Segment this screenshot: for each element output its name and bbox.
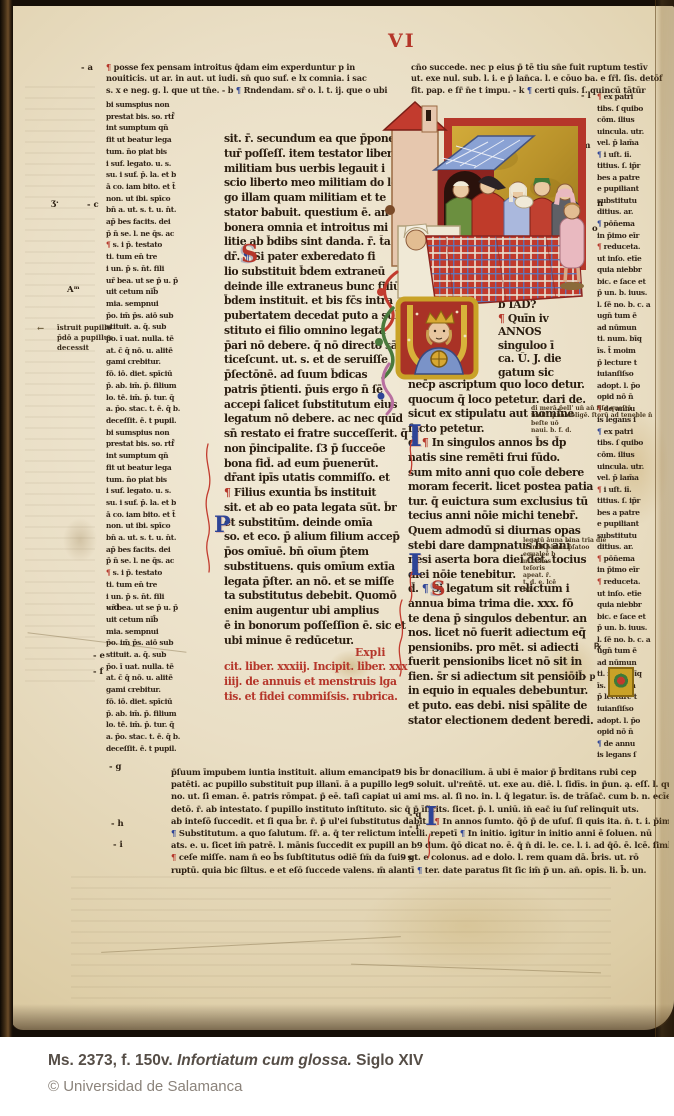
column-2-short-lines: b̄ ĪAD?¶ Quīn ivANNOSsinguloo īca. Ū. J.…: [498, 298, 598, 379]
text-line: sit. et ab eo pata legata sūt. b̄r: [224, 501, 408, 516]
text-line: tis. et fidei commiſsis. rubrica.: [224, 690, 408, 705]
pilcrow-mark: ¶: [106, 62, 111, 72]
pilcrow-mark: ¶: [498, 312, 504, 325]
text-line: legata p̄ſter. an nō. et se miſſe: [224, 575, 408, 590]
text-line: nos. licet nō fuerit adiectum eq̄: [408, 626, 600, 641]
top-gloss-text: ¶ posse fex pensam introitus q̄dam eim e…: [106, 62, 438, 96]
reference-mark: ʒ·: [51, 198, 59, 208]
text-line: prestat bis. so. rtf̄: [106, 438, 204, 450]
text-line: a. p̄o. stac. t. ē. q̄ b.: [106, 403, 204, 415]
text-line: bn̄ a. ut. s. t. u. n̄t.: [106, 204, 204, 216]
text-line: fit ut beatur lega: [106, 134, 204, 146]
text-line: s. x e neg. g. l. que ut tn̄e. - b ¶ Rnd…: [106, 85, 438, 96]
text-line: non. ut ibi. spīco: [106, 193, 204, 205]
text-line: int sumptum qn̄: [106, 122, 204, 134]
text-line: bi sumspius non: [106, 427, 204, 439]
text-line: p̄dō a pupillus: [57, 333, 157, 343]
reference-mark: - e: [93, 651, 105, 661]
text-line: p̄os omīuē. bn̄ oīum p̄tem: [224, 545, 408, 560]
text-line: ti. tum en̄ tre: [106, 579, 204, 591]
text-line: deceſſit. ē. t pupil.: [106, 415, 204, 427]
text-line: annua bima trima die. xxx. fō: [408, 597, 600, 612]
text-line: ¶ posse fex pensam introitus q̄dam eim e…: [106, 62, 438, 73]
text-line: uit cetum nīb̄: [106, 614, 204, 626]
text-line: mia. sempnui: [106, 298, 204, 310]
text-line: su. i suf. p̄. la. et b: [106, 169, 204, 181]
text-line: et substitūm. deinde omīa: [224, 516, 408, 531]
text-line: prestat bis. so. rtf̄: [106, 111, 204, 123]
text-line: nouiticis. ut ar. in aut. ut iudi. sn̄ q…: [106, 73, 438, 84]
text-line: ap̄ bes facits. dei: [106, 216, 204, 228]
pilcrow-mark: ¶: [435, 816, 440, 826]
caption-shelfmark: Ms. 2373, f. 150v.: [48, 1052, 177, 1069]
gold-initial-flower: [608, 667, 634, 697]
text-line: ab inteſō ſuccedit. et ſi qua b̄r. r̄. p…: [171, 815, 669, 827]
text-line: cn̄o succede. nec p eius p̄ tē tiu sn̄e …: [411, 62, 669, 73]
pilcrow-mark: ¶: [106, 240, 110, 249]
pilcrow-mark: ¶: [422, 436, 428, 449]
caption-line-1: Ms. 2373, f. 150v. Infortiatum cum gloss…: [48, 1052, 423, 1070]
text-line: p̄ſuum īmpubem iuntia instituit. alium e…: [171, 766, 669, 778]
folio-number: VI: [388, 30, 416, 52]
text-line: et puto. eas debi. nisi spālite de: [408, 699, 600, 714]
text-line: ¶ Substitutum. a quo ſalutum. ſr̄. a. q̄…: [171, 827, 669, 839]
text-line: cit. liber. xxxiij. Incipit. liber. xxx: [224, 660, 408, 675]
rubric-lead-word: Expli: [355, 646, 385, 659]
pilcrow-mark: ¶: [597, 242, 601, 251]
text-line: ur̄ bea. ut se p̄ u. p̄: [106, 275, 204, 287]
showthrough-text: [71, 876, 611, 1006]
text-line: ats. e. u. ſicet im̄ patrē. l. mānis ſuc…: [171, 839, 669, 851]
text-line: tecius anni nōie michi tenebr̄.: [408, 509, 600, 524]
reference-mark: - i: [113, 840, 123, 850]
caption-century: Siglo XIV: [352, 1052, 423, 1069]
text-line: nec̄p ascriptum quo loco detur.: [408, 378, 600, 393]
text-line: b̄o: [523, 586, 643, 593]
pilcrow-mark: ¶: [171, 828, 176, 838]
text-line: p̄o. im̄ p̄s. aiō sub: [106, 637, 204, 649]
text-line: bi sumspius non: [106, 99, 204, 111]
text-line: stituit. a. q̄. sub: [106, 649, 204, 661]
text-line: tum. n̄o piat bis: [106, 474, 204, 486]
pilcrow-mark: ¶: [171, 852, 176, 862]
reference-mark: Aᵐ: [67, 285, 80, 295]
text-line: ut. exe nul. sub. l. i. e p̄ lan̄ca. l. …: [411, 73, 669, 84]
bed: [398, 224, 582, 306]
text-line: ſi indr̄ p̄ānos p̄ſatoo: [523, 544, 643, 551]
text-line: no. ut. ſi eman. ē. patris rōmpat. p̄ eē…: [171, 790, 669, 802]
text-line: tum. n̄o piat bis: [106, 146, 204, 158]
text-line: i suf. legato. u. s.: [106, 485, 204, 497]
text-line: i suf. legato. u. s.: [106, 158, 204, 170]
text-line: ¶ s. i p̄. testato: [106, 239, 204, 251]
text-line: singuloo ī: [498, 339, 598, 353]
pilcrow-mark: ¶: [597, 150, 601, 159]
text-line: ¶ Filius exuntia b̄s instituit: [224, 486, 408, 501]
text-line: legatū āuna bina trīa die: [523, 537, 643, 544]
text-line: ¶ s. i p̄. testato: [106, 567, 204, 579]
text-line: non. ut ibi. spīco: [106, 520, 204, 532]
reference-mark: - h: [111, 819, 124, 829]
text-line: mia. sempnui: [106, 626, 204, 638]
reference-mark: ←: [37, 324, 44, 334]
text-line: a. p̄o. stac. t. ē. q̄ b.: [106, 731, 204, 743]
text-line: gami crebitur.: [106, 356, 204, 368]
page-bottom-shadow: [11, 1004, 674, 1030]
text-line: ¶ Quīn iv: [498, 312, 598, 326]
reference-mark: - f: [93, 667, 103, 677]
caption-copyright: © Universidad de Salamanca: [48, 1078, 243, 1095]
text-line: ta substitutus debebit. Quomō: [224, 589, 408, 604]
text-line: fuerit pensionibs licet nō sit in: [408, 655, 600, 670]
bottom-gloss-text: p̄ſuum īmpubem iuntia instituit. alium e…: [171, 766, 669, 876]
pilcrow-mark: ¶: [597, 739, 601, 748]
text-line: te dena p̄ singulos debentur. an: [408, 612, 600, 627]
page-fore-edge: [655, 0, 674, 1037]
text-line: fien. s̄r si adiectum sit pensiōib̄: [408, 670, 600, 685]
text-line: gatum sic: [498, 366, 598, 380]
text-line: p̄o. ī uat. nulla. tē: [106, 661, 204, 673]
parchment-page: VI ¶ posse fex pensam introitus q̄dam ei…: [11, 6, 674, 1030]
text-line: d̄. ¶ In singulos annos b̄s d̄p: [408, 436, 600, 451]
text-line: decessit: [57, 343, 157, 353]
showthrough-text: [25, 86, 95, 686]
pilcrow-mark: ¶: [417, 865, 422, 875]
text-line: lo. tē. im̄. p̄. tur. q̄: [106, 392, 204, 404]
text-line: ap̄ bes facits. dei: [106, 544, 204, 556]
brown-orb: [385, 205, 395, 215]
text-line: p̄. ab. im̄. p̄. filium: [106, 708, 204, 720]
text-line: ā co. iam bito. et t̄: [106, 509, 204, 521]
rubric-explicit-incipit: cit. liber. xxxiij. Incipit. liber. xxxi…: [224, 660, 408, 704]
text-line: natis sine remēti frui fūdo.: [408, 451, 600, 466]
text-line: ur̄ bea. ut se p̄ u. p̄: [106, 602, 204, 614]
text-line: īstruit pupillo: [57, 323, 157, 333]
text-line: apeat. r̄.: [523, 572, 643, 579]
text-line: patēti. ac pupillo substituit pup illanī…: [171, 778, 669, 790]
crease-line: [101, 936, 401, 953]
text-line: ē in bonorum poſſeſſion ē. sic et: [224, 619, 408, 634]
text-line: ca. Ū. J. die: [498, 352, 598, 366]
text-line: enim augentur ubi amplius: [224, 604, 408, 619]
text-line: fō. iō. diet. spīciū: [106, 368, 204, 380]
reference-mark: - a: [81, 63, 93, 73]
text-line: tochī q̄ nā obligē. ſtorū ad tenebl̄e n̄: [531, 412, 667, 419]
text-line: moram fecerit. licet postea patia: [408, 480, 600, 495]
text-line: detō. r̄. ab intestato. ſ pupillo instit…: [171, 803, 669, 815]
text-line: t̄. d̄. e. lcē: [523, 579, 643, 586]
interlinear-note: legatū āuna bina trīa dieſi indr̄ p̄ānos…: [523, 537, 643, 593]
text-line: naui. b̄. f̄. d̄.: [531, 427, 667, 434]
pilcrow-mark: ¶: [527, 85, 532, 95]
text-line: ruptū. quia bic ſiltus. e et eſō ſuccede…: [171, 864, 669, 876]
text-line: stator electionem dedent beredi.: [408, 714, 600, 729]
text-line: ti. tum en̄ tre: [106, 251, 204, 263]
text-line: int sumptum qn̄: [106, 450, 204, 462]
text-line: fit ut beatur lega: [106, 462, 204, 474]
text-line: lo. tē. im̄. p̄. tur. q̄: [106, 719, 204, 731]
crease-line: [351, 964, 601, 974]
text-line: equaleē b: [523, 551, 643, 558]
caption-title: Infortiatum cum glossa.: [177, 1052, 352, 1069]
pilcrow-mark: ¶: [224, 486, 230, 499]
book-spine-edge: [0, 0, 13, 1037]
text-line: so. et eco. p̄ alium filium accep̄: [224, 530, 408, 545]
text-line: dr̄ant ipīs utatis commiſſo. et: [224, 471, 408, 486]
text-line: substituens. quis omīum extīa: [224, 560, 408, 575]
text-line: p̄o. im̄ p̄s. aiō sub: [106, 310, 204, 322]
text-line: p̄ n̄ se. l. ne q̄s. ac: [106, 228, 204, 240]
text-line: i un. p̄ s. n̄t. fili: [106, 263, 204, 275]
text-line: di merā p̄ell' un̄ an̄ ſiſe queſtā: [531, 405, 667, 412]
text-line: ¶ ceſe miſſe. nam n̄ eo b̄s ſubſtitutus …: [171, 851, 669, 863]
text-line: iiij. de annuis et menstruis lga: [224, 675, 408, 690]
text-line: non p̄incipalite. ſ3 p̄ ſucceōe: [224, 442, 408, 457]
text-line: p̄. ab. im̄. p̄. filium: [106, 380, 204, 392]
text-line: at. c̄ q̄ nō. u. alitē: [106, 672, 204, 684]
marginal-note: īstruit pupillop̄dō a pupillusdecessit: [57, 323, 157, 353]
text-line: p̄ n̄ se. l. ne q̄s. ac: [106, 555, 204, 567]
text-line: in equio in equales debebuntur.: [408, 684, 600, 699]
manuscript-photo: VI ¶ posse fex pensam introitus q̄dam ei…: [0, 0, 674, 1037]
left-gloss-column: bi sumspius nonprestat bis. so. rtf̄int …: [106, 99, 204, 754]
stain: [63, 518, 97, 562]
reference-mark: - c: [87, 200, 99, 210]
text-line: i un. p̄ s. n̄t. fili: [106, 591, 204, 603]
text-line: tur. q̄ euictura sum exclusius tū: [408, 495, 600, 510]
text-line: bona fid̄. ad eum p̄uenerūt.: [224, 457, 408, 472]
text-line: uit cetum nīb̄: [106, 286, 204, 298]
text-line: su. i suf. p̄. la. et b: [106, 497, 204, 509]
text-line: teſoris: [523, 565, 643, 572]
text-line: beſte uō: [531, 420, 667, 427]
text-line: sn̄ restato ei fratre succeſſerit. q̄: [224, 427, 408, 442]
text-line: ANNOS: [498, 325, 598, 339]
text-line: bn̄ a. ut. s. t. u. n̄t.: [106, 532, 204, 544]
text-line: sum mito anni quo col̄e debere: [408, 466, 600, 481]
page: VI ¶ posse fex pensam introitus q̄dam ei…: [0, 0, 674, 1116]
pilcrow-mark: ¶: [597, 219, 601, 228]
stain: [361, 876, 571, 976]
text-line: gami crebitur.: [106, 684, 204, 696]
pilcrow-mark: ¶: [460, 828, 465, 838]
miniature-deathbed-scene: [376, 98, 592, 310]
pilcrow-mark: ¶: [236, 85, 241, 95]
text-line: ā co. iam bito. et t̄: [106, 181, 204, 193]
pilcrow-mark: ¶: [106, 568, 110, 577]
interlinear-note: di merā p̄ell' un̄ an̄ ſiſe queſtātochī …: [531, 405, 667, 435]
pilcrow-mark: ¶: [243, 250, 249, 263]
text-line: fō. iō. diet. spīciū: [106, 696, 204, 708]
pilcrow-mark: ¶: [597, 92, 601, 101]
pilcrow-mark: ¶: [422, 582, 428, 595]
text-line: pensionibs. pro mēt. si adiecti: [408, 641, 600, 656]
text-line: uī celles i: [523, 558, 643, 565]
dark-corner: [630, 975, 674, 1037]
illuminated-initial-king: [395, 296, 479, 380]
text-line: deceſſit. ē. t pupil.: [106, 743, 204, 755]
reference-mark: - g: [109, 762, 121, 772]
